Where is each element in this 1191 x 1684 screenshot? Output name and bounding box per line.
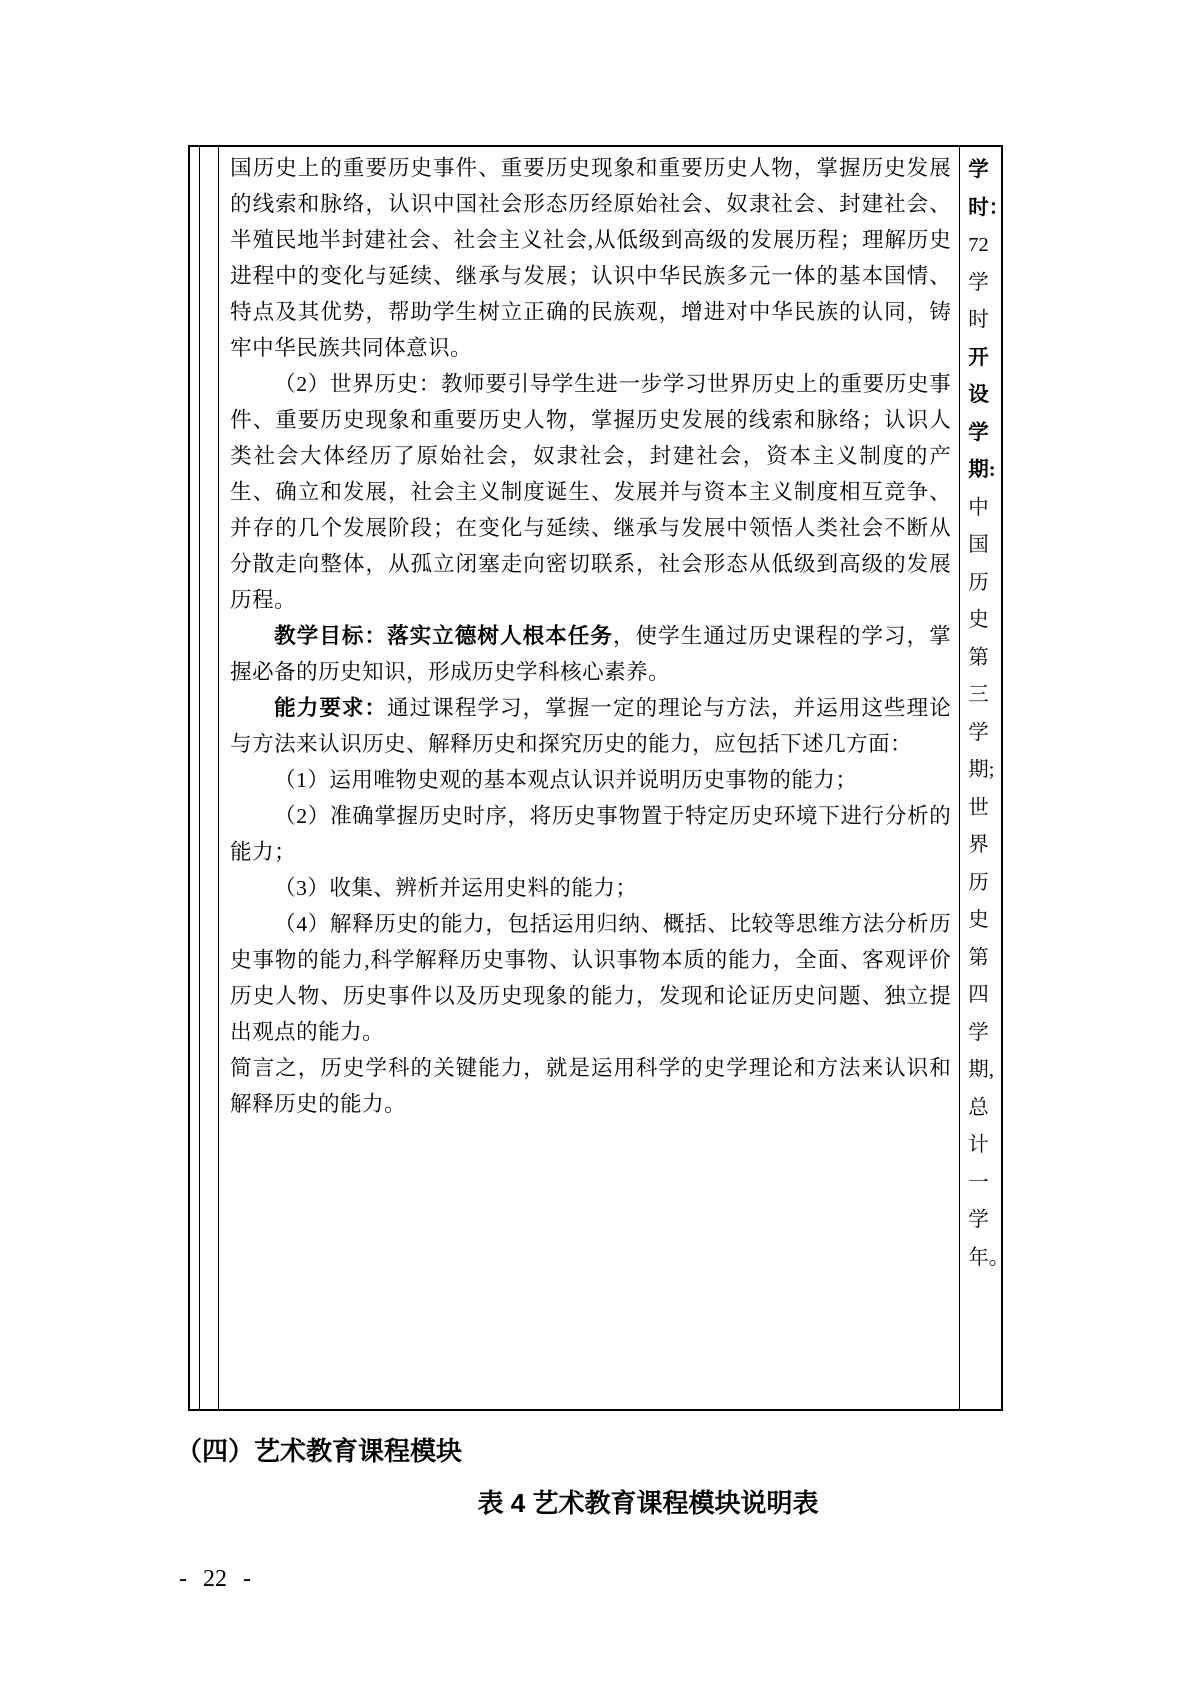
paragraph: 开设学期:中国历史第三学期;世界历史第四学期,总计一学年。: [968, 340, 994, 1278]
paragraph: 能力要求：通过课程学习，掌握一定的理论与方法，并运用这些理论与方法来认识历史、解…: [230, 690, 951, 762]
bold-text-run: 能力要求：: [274, 696, 387, 720]
bold-text-run: 教学目标：落实立德树人根本任务: [274, 624, 613, 648]
table-cell-hours: 学时：72 学时开设学期:中国历史第三学期;世界历史第四学期,总计一学年。: [960, 147, 1001, 1409]
document-page: 国历史上的重要历史事件、重要历史现象和重要历史人物，掌握历史发展的线索和脉络，认…: [0, 0, 1191, 1684]
paragraph: 教学目标：落实立德树人根本任务，使学生通过历史课程的学习，掌握必备的历史知识，形…: [230, 618, 951, 690]
bold-text-run: 开设学期:: [968, 347, 995, 482]
page-number: - 22 -: [179, 1566, 251, 1593]
paragraph: 学时：72 学时: [968, 152, 994, 340]
text-run: （2）世界历史：教师要引导学生进一步学习世界历史上的重要历史事件、重要历史现象和…: [230, 372, 951, 612]
course-module-table: 国历史上的重要历史事件、重要历史现象和重要历史人物，掌握历史发展的线索和脉络，认…: [188, 145, 1003, 1411]
section-heading: （四）艺术教育课程模块: [176, 1436, 462, 1466]
text-run: （2）准确掌握历史时序，将历史事物置于特定历史环境下进行分析的能力；: [230, 804, 951, 864]
text-run: 中国历史第三学期;世界历史第四学期,总计一学年。: [968, 497, 1001, 1269]
table-cell-empty-1: [190, 147, 200, 1409]
paragraph: 国历史上的重要历史事件、重要历史现象和重要历史人物，掌握历史发展的线索和脉络，认…: [230, 150, 951, 366]
paragraph: 简言之，历史学科的关键能力，就是运用科学的史学理论和方法来认识和解释历史的能力。: [230, 1050, 951, 1122]
text-run: （1）运用唯物史观的基本观点认识并说明历史事物的能力；: [274, 768, 857, 792]
table-cell-description: 国历史上的重要历史事件、重要历史现象和重要历史人物，掌握历史发展的线索和脉络，认…: [219, 147, 960, 1409]
text-run: 72 学时: [968, 234, 989, 331]
paragraph: （2）准确掌握历史时序，将历史事物置于特定历史环境下进行分析的能力；: [230, 798, 951, 870]
hours-text-block: 学时：72 学时开设学期:中国历史第三学期;世界历史第四学期,总计一学年。: [968, 152, 994, 1277]
text-run: （3）收集、辨析并运用史料的能力；: [274, 876, 637, 900]
text-run: 简言之，历史学科的关键能力，就是运用科学的史学理论和方法来认识和解释历史的能力。: [230, 1056, 951, 1116]
paragraph: （2）世界历史：教师要引导学生进一步学习世界历史上的重要历史事件、重要历史现象和…: [230, 366, 951, 618]
paragraph: （1）运用唯物史观的基本观点认识并说明历史事物的能力；: [230, 762, 951, 798]
paragraph: （3）收集、辨析并运用史料的能力；: [230, 870, 951, 906]
description-text-block: 国历史上的重要历史事件、重要历史现象和重要历史人物，掌握历史发展的线索和脉络，认…: [230, 150, 951, 1122]
table-cell-empty-2: [200, 147, 219, 1409]
text-run: 国历史上的重要历史事件、重要历史现象和重要历史人物，掌握历史发展的线索和脉络，认…: [230, 156, 951, 360]
text-run: （4）解释历史的能力，包括运用归纳、概括、比较等思维方法分析历史事物的能力,科学…: [230, 912, 951, 1044]
paragraph: （4）解释历史的能力，包括运用归纳、概括、比较等思维方法分析历史事物的能力,科学…: [230, 906, 951, 1050]
table-caption: 表 4 艺术教育课程模块说明表: [478, 1488, 819, 1518]
bold-text-run: 学时：: [968, 159, 1001, 219]
